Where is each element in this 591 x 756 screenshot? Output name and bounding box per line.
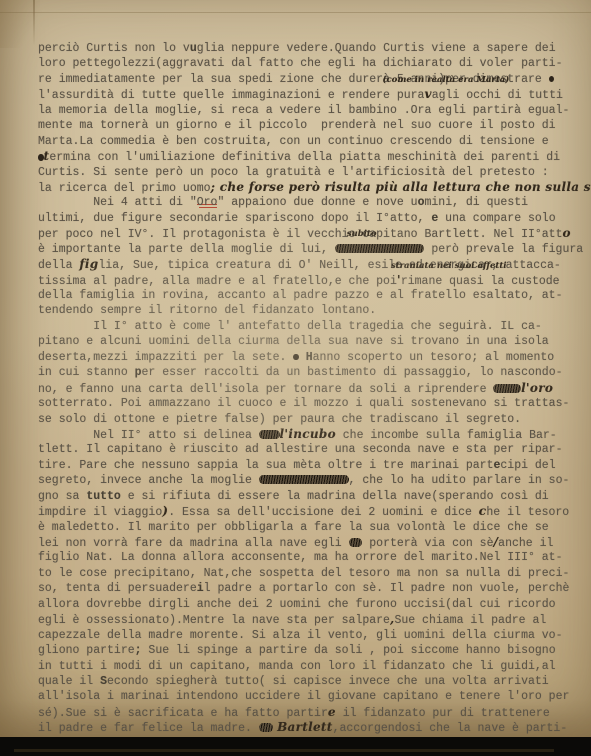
typed-text: all'isola i marinai intendono uccidere i… [38,690,569,703]
typed-text: in cui stanno [38,366,135,379]
typed-text: gno sa [38,490,86,503]
inked-out-scribble [259,430,280,439]
typed-text: he il tesoro [486,506,569,519]
typed-text: gliono partire [38,644,135,657]
text-line: Nei 4 atti di "Oro" appaiono due donne e… [38,195,583,210]
red-underlined-text: Oro [197,196,218,209]
paper-top-edge [0,12,591,13]
overstruck-text: o [418,196,425,209]
text-line: all'isola i marinai intendono uccidere i… [38,689,583,704]
typed-text: er esser raccolti da un bastimento di pa… [142,366,563,379]
text-line: sotterrato. Poi ammazzano il cuoco e il … [38,396,583,411]
text-line: è importante la parte della moglie di lu… [38,242,583,257]
overstruck-text: ; [135,644,142,657]
typed-text [299,351,306,364]
typed-text: figlio Nat. La donna allora acconsente, … [38,551,563,564]
typed-text: lei non vorrà fare da madrina alla nave … [38,537,349,550]
typed-text: tissima al padre, alla madre e al fratel… [38,275,397,288]
text-line: pitano e alcuni uomini della ciurma dell… [38,334,583,349]
typed-text: , che lo ha udito parlare in so- [349,474,570,487]
typed-text: è maledetto. Il marito per obbligarla a … [38,521,549,534]
typed-text: è importante la parte della moglie di lu… [38,243,335,256]
typed-text: il fidanzato pur di trattenere [336,707,550,720]
handwritten-text: Bartlett [273,720,333,734]
typed-text: so, tenta di persuadere [38,582,197,595]
typed-text: rimane quasi la custode [401,275,560,288]
overstruck-text: u [190,42,197,55]
text-line: tissima al padre, alla madre e al fratel… [38,273,583,288]
text-line: Nel II° atto si delinea l'incubo che inc… [38,427,583,442]
typed-text: e si rifiuta di essere la madrina della … [121,490,549,503]
text-line: perciò Curtis non lo vuglia neppure vede… [38,41,583,56]
typed-text: una compare solo [438,212,555,225]
typed-text: se solo di ottone e pietre false) per pa… [38,413,521,426]
typed-text: l padre a portarlo con sè. Il padre non … [204,582,570,595]
typed-text: però prevale la figura [424,243,583,256]
typed-text: no, e fanno una carta dell'isola per tor… [38,383,493,396]
typed-text: Nel II° atto si delinea [38,429,259,442]
typed-text: ermina con l'umiliazione definitiva dell… [49,151,560,164]
typed-text: econdo spiegherà tutto( si capisce invec… [107,675,549,688]
typed-text: deserta,mezzi impazziti per la sete. [38,351,293,364]
text-line: tendendo sempre il ritorno del fidanzato… [38,303,583,318]
paper-crease [33,0,35,46]
typed-text: Sue li spinge a partire da soli , poi si… [142,644,556,657]
typed-text: loro pettegolezzi(aggravati dal fatto ch… [38,57,563,70]
handwritten-text: fig [79,257,98,271]
typed-text: la ricerca del primo uomo [38,182,211,195]
text-line: so, tenta di persuadereil padre a portar… [38,581,583,596]
scan-background [0,737,591,756]
typed-text: che incombe sulla famiglia Bar- [336,429,557,442]
typed-text: della famiglia in rovina, accanto al pad… [38,289,563,302]
text-line: allora dovrebbe dirgli anche dei 2 uomin… [38,597,583,612]
typed-text: sé).Sue si è sacrificata e ha fatto part… [38,707,328,720]
text-line: se solo di ottone e pietre false) per pa… [38,412,583,427]
text-line: to le cose precipitano, Nat,che sospetta… [38,566,583,581]
paper-sheet: perciò Curtis non lo vuglia neppure vede… [0,0,591,737]
text-line: il padre e far felice la madre. Bartlett… [38,720,583,735]
typed-text: Curtis. Si sente però un poco la gratuit… [38,166,549,179]
handwritten-text: l'oro [521,381,553,395]
typed-text: sotterrato. Poi ammazzano il cuoco e il … [38,397,569,410]
handwritten-annotation: subito [347,227,377,242]
typed-text: Il I° atto è come l' antefatto della tra… [38,320,542,333]
typed-text: segreto, invece anche la moglie [38,474,259,487]
typed-text: Nei 4 atti di " [38,196,197,209]
typed-text: Marta.La commedia è ben costruita, con u… [38,135,549,148]
handwritten-text: e [328,705,336,719]
typed-text: mente ma tornerà un giorno e il piccolo … [38,119,556,132]
typed-text: capezzale della madre morente. Si alza i… [38,629,563,642]
typed-text: glia neppure vedere.Quando Curtis viene … [197,42,556,55]
inked-out-scribble [493,384,521,393]
typed-text: tlett. Il capitano è riuscito ad allesti… [38,443,563,456]
overstruck-text: H [306,351,313,364]
inked-out-scribble [335,244,425,253]
overstruck-text: p [135,366,142,379]
text-line: deserta,mezzi impazziti per la sete. Han… [38,350,583,365]
text-line: termina con l'umiliazione definitiva del… [38,149,583,164]
overstruck-text: tutto [86,490,121,503]
typed-text: mini, di questi [425,196,529,209]
text-line: ultimi, due figure secondarie spariscono… [38,211,583,226]
overstruck-text: i [197,582,204,595]
scanned-document: perciò Curtis non lo vuglia neppure vede… [0,0,591,756]
handwritten-text: ; che forse però risulta più alla lettur… [211,180,591,194]
text-line: della famiglia in rovina, accanto al pad… [38,288,583,303]
text-line: l'assurdità di tutte quelle immaginazion… [38,87,583,102]
text-line: è maledetto. Il marito per obbligarla a … [38,520,583,535]
typewritten-text-block: perciò Curtis non lo vuglia neppure vede… [38,41,583,736]
overstruck-text: S [100,675,107,688]
typed-text: pitano e alcuni uomini della ciurma dell… [38,335,549,348]
typed-text: porterà via con sè [362,537,493,550]
typed-text: anno scoperto un tesoro; al momento [313,351,555,364]
typed-text: cipi del [500,459,555,472]
text-line: Curtis. Si sente però un poco la gratuit… [38,165,583,180]
ink-blot [549,76,555,83]
text-line: figlio Nat. La donna allora acconsente, … [38,550,583,565]
text-line: sé).Sue si è sacrificata e ha fatto part… [38,705,583,720]
text-line: in tutti i modi di un capitano, manda co… [38,659,583,674]
text-line: tlett. Il capitano è riuscito ad allesti… [38,442,583,457]
typed-text: il padre e far felice la madre. [38,722,259,735]
handwritten-text: l'incubo [280,427,336,441]
typed-text: to le cose precipitano, Nat,che sospetta… [38,567,569,580]
text-line: segreto, invece anche la moglie , che lo… [38,473,583,488]
inked-out-scribble [349,538,363,547]
typed-text: agli occhi di tutti [432,89,563,102]
text-line: tire. Pare che nessuno sappia la sua mèt… [38,458,583,473]
text-line: capezzale della madre morente. Si alza i… [38,628,583,643]
typed-text: perciò Curtis non lo v [38,42,190,55]
typed-text: la memoria della moglie, si reca a veder… [38,104,569,117]
typed-text: della [38,259,79,272]
typed-text: quale il [38,675,100,688]
text-line: loro pettegolezzi(aggravati dal fatto ch… [38,56,583,71]
typed-text: allora dovrebbe dirgli anche dei 2 uomin… [38,598,556,611]
typed-text: " appaiono due donne e nove u [217,196,417,209]
handwritten-annotation: (come in realtà era Marta) [382,73,509,88]
text-line: no, e fanno una carta dell'isola per tor… [38,381,583,396]
inked-out-scribble [259,723,273,732]
text-line: quale il Secondo spiegherà tutto( si cap… [38,674,583,689]
handwritten-text: v [424,87,431,101]
typed-text: l'assurdità di tutte quelle immaginazion… [38,89,424,102]
typed-text: ultimi, due figure secondarie spariscono… [38,212,431,225]
handwritten-text: o [563,226,571,240]
typed-text: ,accorgendosi che la nave è parti- [333,722,568,735]
text-line: impdire il viaggio). Essa sa dell'uccisi… [38,504,583,519]
typed-text: in tutti i modi di un capitano, manda co… [38,660,556,673]
typed-text: per poco nel IV°. Il protagonista è il v… [38,228,563,241]
text-line: gno sa tutto e si rifiuta di essere la m… [38,489,583,504]
typed-text: . Essa sa dell'uccisione dei 2 uomini e … [168,506,479,519]
text-line: la memoria della moglie, si reca a veder… [38,103,583,118]
text-line: la ricerca del primo uomo; che forse per… [38,180,583,195]
text-line: lei non vorrà fare da madrina alla nave … [38,535,583,550]
typed-text: tire. Pare che nessuno sappia la sua mèt… [38,459,493,472]
scan-table-edge [14,749,554,752]
typed-text: Sue chiama il padre al [394,614,546,627]
typed-text: impdire il viaggio [38,506,162,519]
inked-out-scribble [259,475,349,484]
text-line: per poco nel IV°. Il protagonista è il v… [38,226,583,241]
text-line: Marta.La commedia è ben costruita, con u… [38,134,583,149]
text-line: egli è ossessionato).Mentre la nave sta … [38,612,583,627]
handwritten-annotation: straniata nei suoi affetti [391,259,507,274]
typed-text: egli è ossessionato).Mentre la nave sta … [38,614,390,627]
text-line: Il I° atto è come l' antefatto della tra… [38,319,583,334]
typed-text: anche il [498,537,553,550]
text-line: in cui stanno per esser raccolti da un b… [38,365,583,380]
text-line: mente ma tornerà un giorno e il piccolo … [38,118,583,133]
typed-text: tendendo sempre il ritorno del fidanzato… [38,304,376,317]
text-line: gliono partire; Sue li spinge a partire … [38,643,583,658]
